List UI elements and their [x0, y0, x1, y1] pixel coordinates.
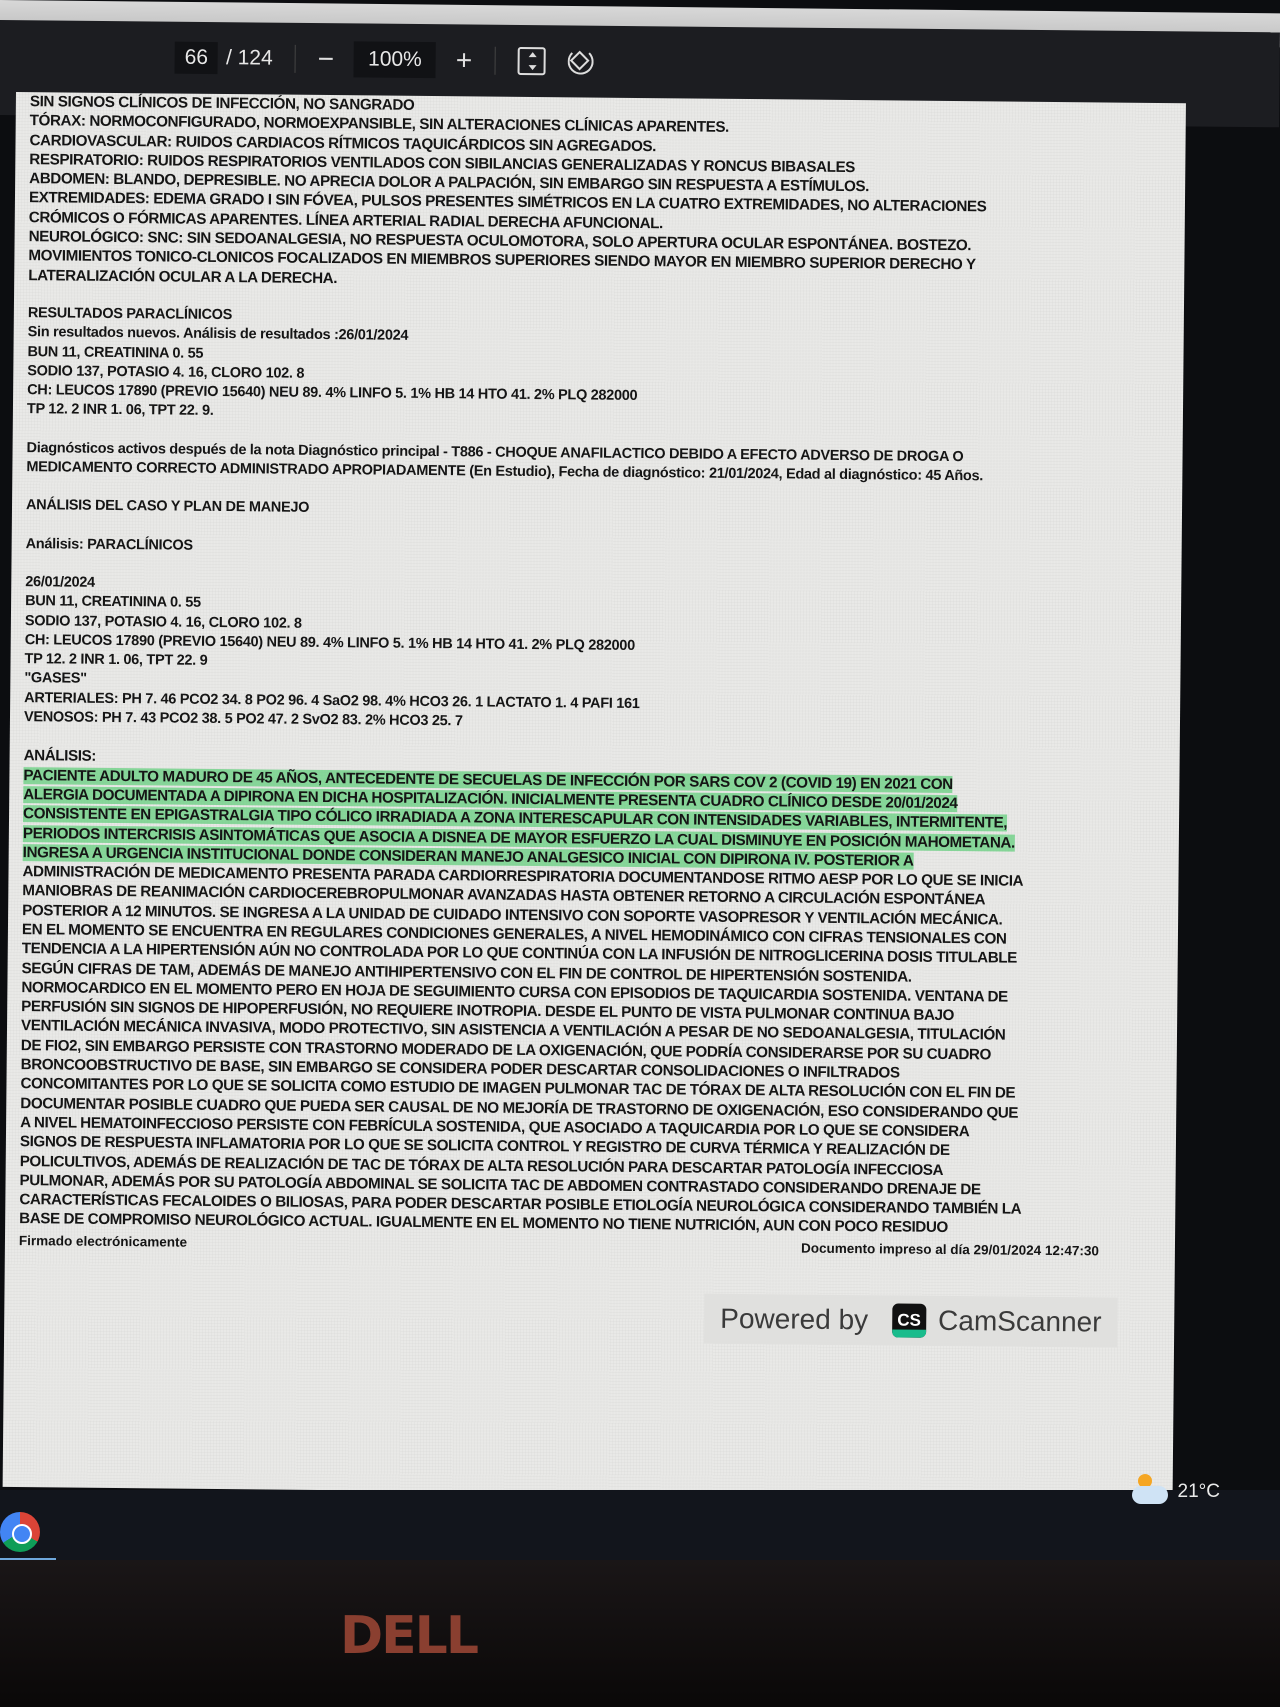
dell-logo: DELL — [340, 1606, 477, 1666]
zoom-out-button[interactable]: − — [318, 43, 335, 75]
narrative-section: PACIENTE ADULTO MADURO DE 45 AÑOS, ANTEC… — [19, 766, 1163, 1240]
weather-temp: 21°C — [1178, 1481, 1220, 1503]
rotate-icon[interactable] — [567, 48, 593, 74]
page-total: / 124 — [226, 46, 273, 70]
pdf-page: SIN SIGNOS CLÍNICOS DE INFECCIÓN, NO SAN… — [3, 92, 1186, 1498]
taskbar: 21°C — [0, 1490, 1280, 1560]
toolbar-divider — [494, 47, 495, 75]
monitor-bezel: DELL — [0, 1560, 1280, 1707]
document-body: SIN SIGNOS CLÍNICOS DE INFECCIÓN, NO SAN… — [19, 92, 1170, 1261]
results-section: Sin resultados nuevos. Análisis de resul… — [27, 323, 1168, 430]
signed-label: Firmado electrónicamente — [19, 1231, 187, 1252]
camscanner-watermark: Powered by CS CamScanner — [704, 1294, 1118, 1348]
analysis-labs-section: 26/01/2024BUN 11, CREATININA 0. 55SODIO … — [24, 573, 1165, 738]
camscanner-logo-icon: CS — [892, 1303, 926, 1337]
printed-timestamp: Documento impreso al día 29/01/2024 12:4… — [801, 1238, 1099, 1260]
powered-by-label: Powered by — [720, 1303, 868, 1336]
toolbar-divider — [295, 45, 296, 73]
physical-exam-section: SIN SIGNOS CLÍNICOS DE INFECCIÓN, NO SAN… — [28, 92, 1170, 296]
zoom-in-button[interactable]: + — [456, 44, 473, 76]
camscanner-brand: CamScanner — [938, 1305, 1102, 1339]
partly-cloudy-icon — [1132, 1480, 1168, 1504]
page-number-input[interactable]: 66 — [174, 42, 218, 74]
zoom-level-input[interactable]: 100% — [354, 41, 436, 78]
chrome-icon[interactable] — [0, 1512, 40, 1552]
fit-page-icon[interactable] — [517, 47, 545, 75]
weather-widget[interactable]: 21°C — [1132, 1480, 1220, 1504]
